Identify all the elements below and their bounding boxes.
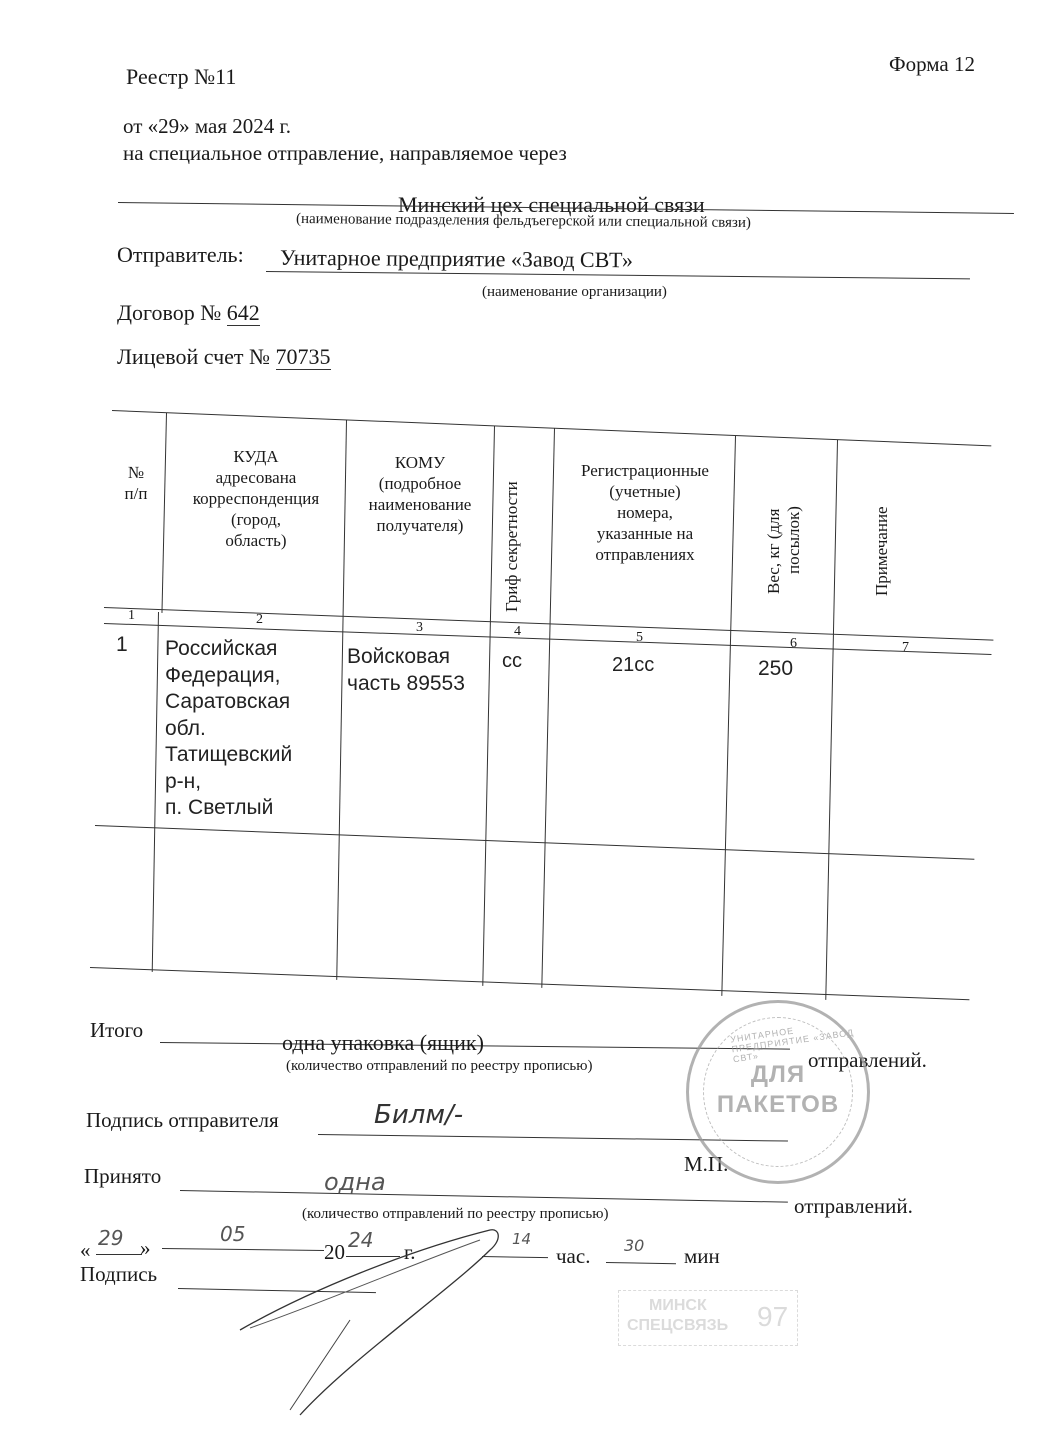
header-text: КУДА bbox=[170, 446, 342, 467]
header-text: номера, bbox=[558, 502, 732, 523]
colnum-3: 3 bbox=[416, 620, 423, 636]
accepted-suffix: отправлений. bbox=[794, 1194, 913, 1219]
table-bottom-line bbox=[90, 967, 969, 1000]
header-col-5: Регистрационные (учетные) номера, указан… bbox=[558, 460, 732, 565]
header-col-2: КУДА адресована корреспонденция (город, … bbox=[170, 446, 342, 551]
unit-caption: (наименование подразделения фельдъегерск… bbox=[296, 211, 751, 232]
header-col-1: № п/п bbox=[108, 462, 164, 504]
col-divider-6 bbox=[825, 440, 838, 1000]
header-text: (подробное bbox=[350, 473, 490, 494]
purpose-line: на специальное отправление, направляемое… bbox=[123, 141, 567, 166]
header-text: указанные на bbox=[558, 523, 732, 544]
box-stamp-line-2: СПЕЦСВЯЗЬ bbox=[627, 1317, 728, 1335]
registration-cell: 21сс bbox=[612, 652, 654, 679]
header-text: Вес, кг (для bbox=[764, 506, 784, 594]
header-col-6: Вес, кг (для посылок) bbox=[764, 506, 804, 594]
header-col-7: Примечание bbox=[872, 506, 892, 596]
header-text: наименование bbox=[350, 494, 490, 515]
sender-signature: Билм/- bbox=[374, 1100, 463, 1130]
colnum-5: 5 bbox=[636, 630, 643, 646]
destination-line: Федерация, bbox=[165, 663, 292, 690]
header-text: посылок) bbox=[784, 506, 804, 594]
total-value: одна упаковка (ящик) bbox=[282, 1030, 484, 1056]
header-text: получателя) bbox=[350, 515, 490, 536]
header-col-3: КОМУ (подробное наименование получателя) bbox=[350, 452, 490, 536]
row-number: 1 bbox=[116, 632, 128, 659]
date-open-quote: « bbox=[80, 1238, 91, 1263]
form-label: Форма 12 bbox=[889, 52, 975, 77]
header-text: область) bbox=[170, 530, 342, 551]
date-line: от «29» мая 2024 г. bbox=[123, 114, 291, 139]
header-text: отправлениях bbox=[558, 544, 732, 565]
recipient-line: часть 89553 bbox=[347, 671, 465, 698]
round-seal-center-2: ПАКЕТОВ bbox=[689, 1091, 867, 1119]
header-text: Регистрационные bbox=[558, 460, 732, 481]
header-text: адресована bbox=[170, 467, 342, 488]
col-divider-1 bbox=[152, 612, 159, 972]
contract-number: 642 bbox=[227, 300, 260, 326]
colnum-2: 2 bbox=[256, 612, 263, 628]
header-text: КОМУ bbox=[350, 452, 490, 473]
header-text: (город, bbox=[170, 509, 342, 530]
contract-label: Договор № bbox=[117, 300, 221, 325]
registry-title: Реестр №11 bbox=[126, 64, 236, 90]
sender-signature-label: Подпись отправителя bbox=[86, 1108, 279, 1133]
destination-line: Саратовская bbox=[165, 689, 292, 716]
receiver-signature-scribble bbox=[150, 1210, 570, 1430]
round-seal-center-1: ДЛЯ bbox=[689, 1061, 867, 1089]
box-stamp: МИНСК СПЕЦСВЯЗЬ 97 bbox=[618, 1290, 798, 1346]
sender-label: Отправитель: bbox=[117, 242, 244, 268]
header-text: № bbox=[108, 462, 164, 483]
account-label: Лицевой счет № bbox=[117, 344, 270, 369]
round-seal: УНИТАРНОЕ ПРЕДПРИЯТИЕ «ЗАВОД СВТ» ДЛЯ ПА… bbox=[686, 1000, 870, 1184]
table-top-line bbox=[112, 410, 991, 446]
col-divider-4 bbox=[541, 428, 555, 988]
recipient-line: Войсковая bbox=[347, 644, 465, 671]
signature-label: Подпись bbox=[80, 1262, 157, 1287]
box-stamp-number: 97 bbox=[757, 1301, 788, 1333]
total-label: Итого bbox=[90, 1018, 143, 1043]
time-minute: 30 bbox=[624, 1236, 644, 1255]
header-col-4: Гриф секретности bbox=[502, 481, 522, 612]
col-divider-1-head bbox=[161, 413, 167, 613]
recipient-cell: Войсковая часть 89553 bbox=[347, 644, 465, 697]
accepted-underline bbox=[180, 1190, 788, 1203]
destination-line: Татищевский bbox=[165, 742, 292, 769]
destination-line: Российская bbox=[165, 636, 292, 663]
date-day: 29 bbox=[98, 1226, 123, 1250]
destination-cell: Российская Федерация, Саратовская обл. Т… bbox=[165, 636, 292, 822]
day-underline bbox=[96, 1254, 142, 1255]
contract-row: Договор № 642 bbox=[117, 300, 260, 326]
header-text: корреспонденция bbox=[170, 488, 342, 509]
colnum-6: 6 bbox=[790, 636, 797, 652]
accepted-value: одна bbox=[324, 1168, 386, 1196]
destination-line: р-н, bbox=[165, 769, 292, 796]
minute-label: мин bbox=[684, 1244, 720, 1269]
box-stamp-line-1: МИНСК bbox=[649, 1297, 707, 1315]
total-caption: (количество отправлений по реестру пропи… bbox=[286, 1058, 592, 1075]
sender-caption: (наименование организации) bbox=[482, 284, 667, 301]
weight-cell: 250 bbox=[758, 656, 793, 683]
colnum-7: 7 bbox=[902, 640, 909, 656]
destination-line: п. Светлый bbox=[165, 795, 292, 822]
row1-bottom-line bbox=[95, 825, 974, 860]
account-row: Лицевой счет № 70735 bbox=[117, 344, 331, 370]
sender-name: Унитарное предприятие «Завод СВТ» bbox=[280, 245, 633, 273]
account-number: 70735 bbox=[276, 344, 331, 370]
classification-cell: сс bbox=[502, 648, 522, 675]
header-text: п/п bbox=[108, 483, 164, 504]
colnum-4: 4 bbox=[514, 624, 521, 640]
destination-line: обл. bbox=[165, 716, 292, 743]
minute-underline bbox=[606, 1262, 676, 1264]
header-text: (учетные) bbox=[558, 481, 732, 502]
colnum-1: 1 bbox=[128, 608, 135, 624]
accepted-label: Принято bbox=[84, 1164, 161, 1189]
date-close-quote: » bbox=[140, 1236, 151, 1261]
